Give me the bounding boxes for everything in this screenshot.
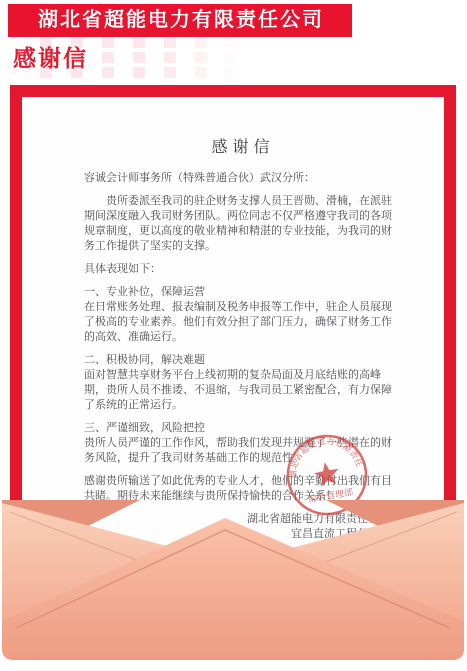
- company-banner-text: 湖北省超能电力有限责任公司: [38, 9, 324, 31]
- page-title: 感谢信: [13, 40, 88, 73]
- letter-section-3: 三、严谨细致，风险把控 贵所人员严谨的工作作风，帮助我们发现并规避了一些潜在的财…: [84, 421, 402, 466]
- section-heading: 三、严谨细致，风险把控: [84, 421, 402, 436]
- section-body: 贵所人员严谨的工作作风，帮助我们发现并规避了一些潜在的财务风险，提升了我司财务基…: [84, 436, 402, 466]
- envelope-graphic: [0, 494, 467, 664]
- letter-title: 感谢信: [84, 137, 402, 159]
- section-body: 在日常账务处理、报表编制及税务申报等工作中，驻企人员展现了极高的专业素养。他们有…: [84, 300, 402, 345]
- letter-section-2: 二、积极协同，解决难题 面对智慧共享财务平台上线初期的复杂局面及月底结账的高峰期…: [84, 353, 402, 413]
- company-banner: 湖北省超能电力有限责任公司: [8, 4, 352, 37]
- letter-lead-in: 具体表现如下：: [84, 262, 402, 277]
- letter-intro: 贵所委派至我司的驻企财务支撑人员王晋勋、滑楠，在派驻期间深度融入我司财务团队。两…: [84, 194, 402, 254]
- section-body: 面对智慧共享财务平台上线初期的复杂局面及月底结账的高峰期，贵所人员不推诿、不退缩…: [84, 368, 402, 413]
- letter-salutation: 容诚会计师事务所（特殊普通合伙）武汉分所：: [84, 171, 402, 186]
- section-heading: 二、积极协同，解决难题: [84, 353, 402, 368]
- letter-section-1: 一、专业补位，保障运营 在日常账务处理、报表编制及税务申报等工作中，驻企人员展现…: [84, 285, 402, 345]
- section-heading: 一、专业补位，保障运营: [84, 285, 402, 300]
- page-header: 湖北省超能电力有限责任公司 感谢信: [0, 0, 467, 85]
